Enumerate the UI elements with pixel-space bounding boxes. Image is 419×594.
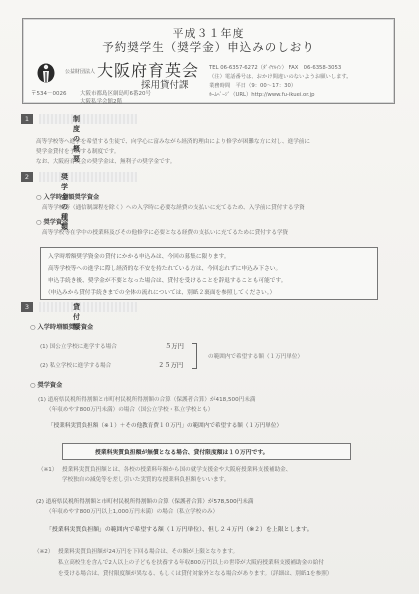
entrance-amount-2: ２５万円 [158, 360, 183, 369]
document-title: 予約奨学生（奨学金）申込みのしおり [23, 39, 394, 55]
homepage-url[interactable]: ﾎｰﾑﾍﾟｰｼﾞ（URL）http://www.fu-ikuei.or.jp [209, 90, 314, 98]
entrance-case-1: (1) 国公立学校に進学する場合 [40, 342, 117, 350]
free-tuition-note: 授業料実質負担額が無償となる場合、貸付限度額は１０万円です。 [95, 447, 268, 456]
section-number: 2 [21, 172, 33, 182]
section-number: 3 [21, 302, 33, 312]
notice-line-2: 高等学校等への進学に際し経済的な不安を持たれている方は、今回忘れずに申込み下さい… [48, 263, 281, 272]
address-line-1: 大阪市都島区網島町6番20号 [80, 89, 151, 97]
notice-box: 入学時増額奨学資金の貸付にかかる申込みは、今回の募集に限ります。 高等学校等への… [40, 247, 378, 300]
type-scholarship-desc: 高等学校等在学中の授業料及びその他修学に必要となる経費の支払いに充てるために貸付… [42, 228, 288, 236]
free-tuition-box: 授業料実質負担額が無償となる場合、貸付限度額は１０万円です。 [62, 443, 351, 460]
scholarship-case-1-line-1: (1) 道府県民税所得割額と市町村民税所得割額の合算（保護者合算）が418,50… [38, 395, 255, 403]
phone-note: （注）電話番号は、おかけ間違いのないようお願いします。 [209, 72, 352, 80]
entrance-case-2: (2) 私立学校に進学する場合 [40, 361, 111, 369]
corporation-type: 公益財団法人 [65, 68, 95, 75]
scholarship-label: ○ 奨学資金 [30, 380, 62, 389]
section-band [39, 302, 137, 312]
note-1-line-1: 授業料実質負担額とは、各校の授業料年額から国の就学支援金や大阪府授業料支援補助金… [62, 465, 291, 473]
note-2-line-3: を受ける場合は、貸付限度額が異なる、もしくは貸付対象外となる場合があります。（詳… [58, 569, 332, 577]
entrance-range-note: の範囲内で希望する額（１万円単位） [208, 352, 303, 360]
scholarship-case-2-line-2: （年収めやす800万円以上1,000万円未満）の場合（私立学校のみ） [46, 507, 218, 515]
note-2-line-1: 授業料実質負担額が24万円を下回る場合は、その額が上限となります。 [58, 547, 238, 555]
note-2-line-2: 私立高校生を含んで2人以上の子どもを扶養する年収800万円以上の世帯が大阪府授業… [58, 558, 324, 566]
address-line-2: 大阪私学会館2階 [80, 97, 122, 105]
overview-line-2: 奨学金貸付を予約する制度です。 [36, 147, 119, 155]
scholarship-case-2-amount: 「授業料実質負担額」の範囲内で希望する額（１万円単位）、但し２４万円（※２）を上… [46, 524, 313, 533]
entrance-label: ○ 入学時増額奨学資金 [30, 322, 93, 331]
note-1-line-2: 学校独自の減免等を差し引いた実質的な授業料負担額をいいます。 [62, 475, 229, 483]
type-scholarship-label: ○ 奨学資金 [36, 217, 68, 226]
section-number: 1 [21, 114, 33, 124]
entrance-amount-1: ５万円 [165, 341, 184, 350]
scholarship-case-1-amount: 「授業料実質負担額（※１）＋その他教育費１０万円」の範囲内で希望する額（１万円単… [48, 421, 282, 429]
note-1-mark: （※1） [38, 465, 57, 473]
header-box: 平成３１年度 予約奨学生（奨学金）申込みのしおり 公益財団法人 大阪府育英会 採… [22, 18, 395, 104]
note-2-mark: （※2） [34, 547, 53, 555]
tel-fax: TEL 06-6357-6272（ﾀﾞｲﾔﾙｲﾝ） FAX 06-6358-30… [209, 63, 341, 71]
type-entrance-desc: 高等学校等（通信制課程を除く）への入学時に必要な経費の支払いに充てるため、入学前… [42, 203, 305, 211]
scholarship-case-2-line-1: (2) 道府県民税所得割額と市町村民税所得割額の合算（保護者合算）が578,50… [36, 497, 253, 505]
overview-line-3: なお、大阪府育英会の奨学金は、無利子の奨学金です。 [36, 157, 175, 165]
section-band [39, 114, 137, 124]
overview-line-1: 高等学校等へ進学を希望する生徒で、向学心に富みながら経済的理由により修学が困難な… [36, 137, 310, 145]
notice-line-1: 入学時増額奨学資金の貸付にかかる申込みは、今回の募集に限ります。 [48, 251, 230, 260]
section-band [39, 172, 137, 182]
organization-logo-icon [37, 61, 55, 83]
scholarship-case-1-line-2: （年収めやす800万円未満）の場合（国公立学校・私立学校とも） [46, 405, 213, 413]
business-hours: 業務時間 平日（9：00～17：30） [209, 81, 296, 89]
range-brace [192, 343, 197, 369]
document-page: 平成３１年度 予約奨学生（奨学金）申込みのしおり 公益財団法人 大阪府育英会 採… [0, 0, 419, 594]
notice-line-4: （申込みから貸付手続きまでの全体の流れについては、別紙２裏面を参照してください。… [45, 287, 275, 296]
notice-line-3: 申込手続き後、奨学金が不要となった場合は、貸付を受けることを辞退することも可能で… [48, 275, 286, 284]
type-entrance-label: ○ 入学時増額奨学資金 [36, 192, 99, 201]
postal-code: 〒534－0026 [31, 89, 67, 97]
